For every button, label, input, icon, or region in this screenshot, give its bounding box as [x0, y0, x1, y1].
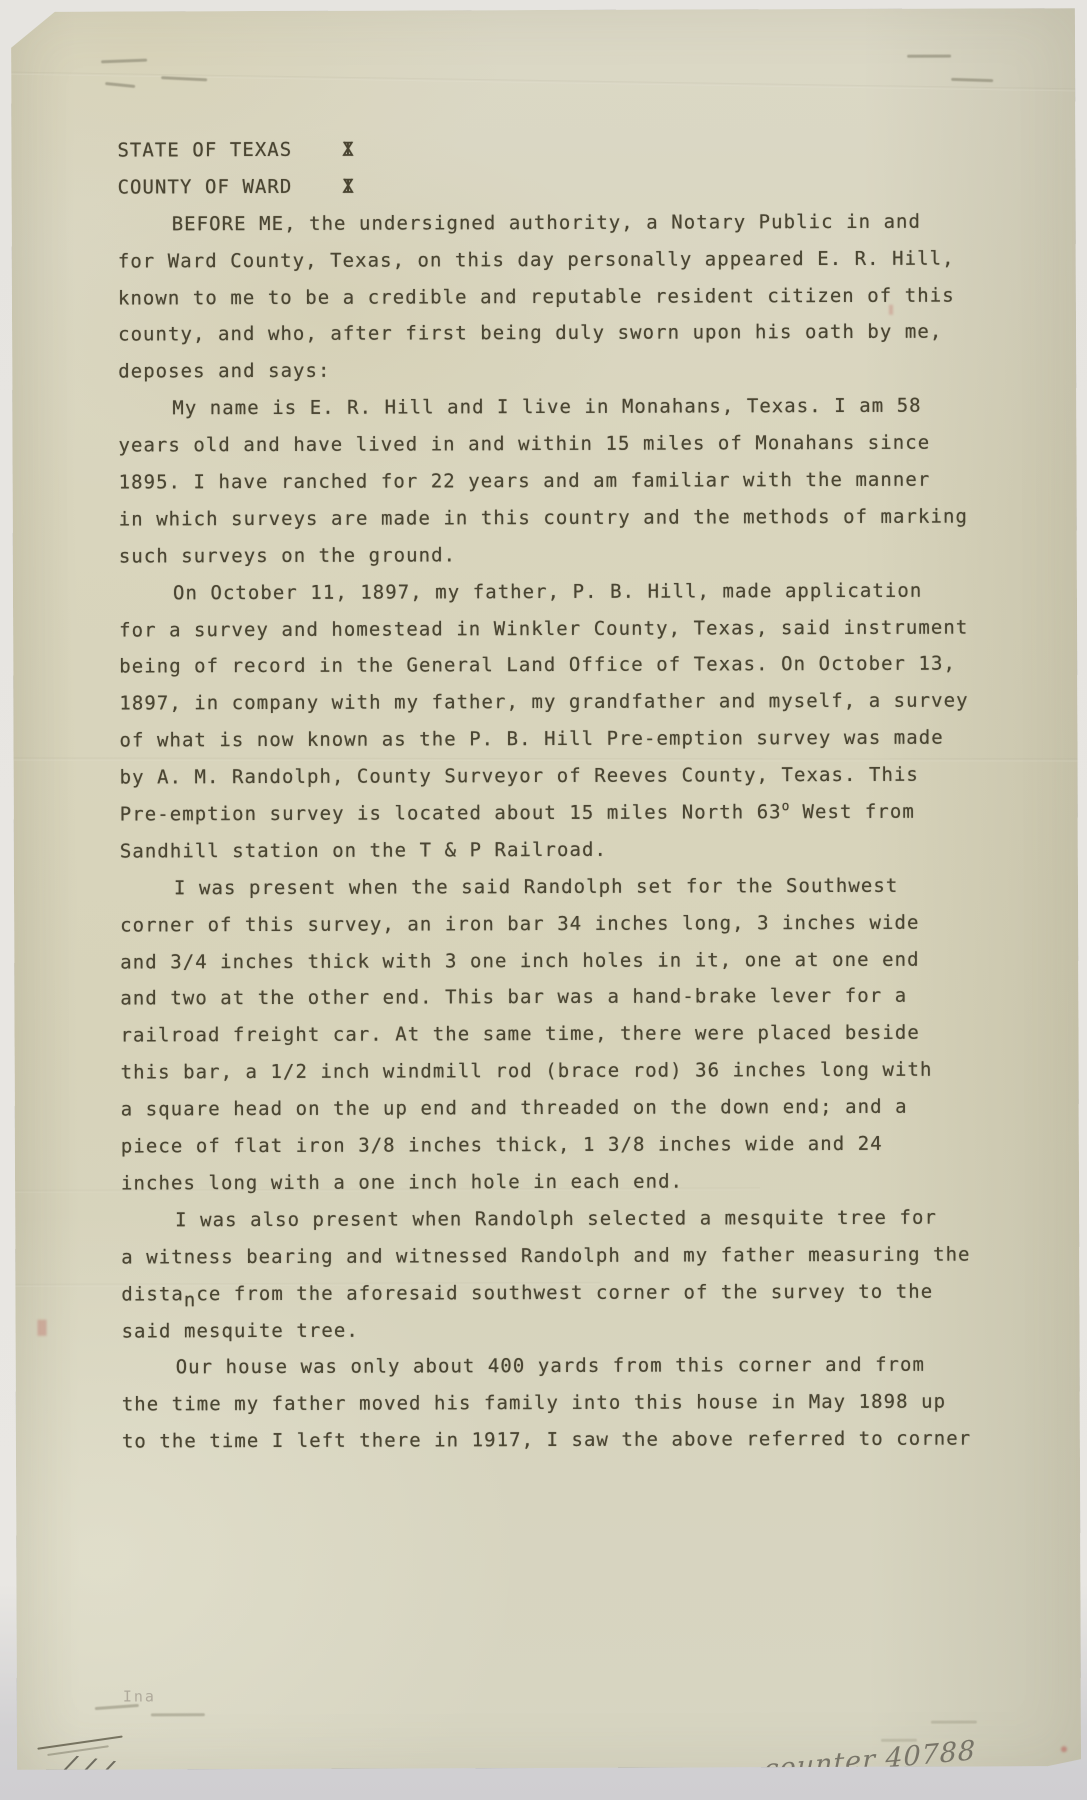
- text-run: corner of this survey, an iron bar 34 in…: [120, 911, 919, 936]
- text-run: known to me to be a credible and reputab…: [118, 284, 955, 309]
- document-line: corner of this survey, an iron bar 34 in…: [120, 904, 1020, 944]
- pencil-smudge: [931, 1721, 977, 1724]
- typewritten-text: STATE OF TEXASXICOUNTY OF WARDXIBEFORE M…: [117, 129, 1022, 1460]
- text-run: ce from the aforesaid southwest corner o…: [196, 1280, 933, 1305]
- text-run: On October 11, 1897, my father, P. B. Hi…: [173, 579, 922, 604]
- text-run: of what is now known as the P. B. Hill P…: [119, 727, 943, 752]
- typist-initials-stamp: Ina: [123, 1687, 156, 1705]
- text-run: STATE OF TEXAS: [117, 139, 292, 162]
- text-run: I was also present when Randolph selecte…: [175, 1206, 937, 1231]
- text-run: dista: [121, 1283, 184, 1305]
- brace-mark: XI: [342, 169, 355, 206]
- text-run: railroad freight car. At the same time, …: [120, 1022, 919, 1047]
- text-run: a witness bearing and witnessed Randolph…: [121, 1243, 970, 1268]
- red-ink-smudge: [889, 305, 893, 315]
- red-ink-smudge: [38, 1320, 47, 1336]
- text-run: the time my father moved his family into…: [122, 1391, 946, 1416]
- rust-speck: [1061, 1746, 1067, 1752]
- pencil-smudge: [161, 76, 207, 81]
- text-run: BEFORE ME, the undersigned authority, a …: [172, 210, 921, 235]
- brace-mark: XI: [342, 132, 355, 169]
- text-run: inches long with a one inch hole in each…: [121, 1170, 683, 1194]
- document-line: I was present when the said Randolph set…: [120, 867, 1020, 907]
- document-line: Pre-emption survey is located about 15 m…: [120, 793, 1020, 833]
- document-line: the time my father moved his family into…: [122, 1384, 1022, 1424]
- text-run: piece of flat iron 3/8 inches thick, 1 3…: [121, 1133, 883, 1158]
- document-line: Sandhill station on the T & P Railroad.: [120, 830, 1020, 870]
- document-line: and 3/4 inches thick with 3 one inch hol…: [120, 941, 1020, 981]
- pencil-line: [37, 1736, 122, 1750]
- text-run: for Ward County, Texas, on this day pers…: [118, 247, 955, 272]
- document-line: years old and have lived in and within 1…: [118, 424, 1018, 464]
- text-run: Sandhill station on the T & P Railroad.: [120, 839, 607, 863]
- document-line: such surveys on the ground.: [119, 535, 1019, 575]
- document-line: railroad freight car. At the same time, …: [120, 1015, 1020, 1055]
- document-line: in which surveys are made in this countr…: [119, 498, 1019, 538]
- pencil-smudge: [151, 1713, 205, 1716]
- document-line: BEFORE ME, the undersigned authority, a …: [118, 203, 1018, 243]
- document-line: county, and who, after first being duly …: [118, 314, 1018, 354]
- text-run: Pre-emption survey is located about 15 m…: [120, 801, 782, 825]
- paper-crease: [11, 72, 1075, 92]
- document-line: 1895. I have ranched for 22 years and am…: [119, 461, 1019, 501]
- pencil-smudge: [105, 82, 135, 88]
- text-run: 1897, in company with my father, my gran…: [119, 690, 968, 715]
- document-line: by A. M. Randolph, County Surveyor of Re…: [120, 756, 1020, 796]
- document-line: distance from the aforesaid southwest co…: [121, 1273, 1021, 1313]
- document-line: being of record in the General Land Offi…: [119, 646, 1019, 686]
- document-line: 1897, in company with my father, my gran…: [119, 683, 1019, 723]
- text-run: and 3/4 inches thick with 3 one inch hol…: [120, 948, 919, 973]
- document-line: piece of flat iron 3/8 inches thick, 1 3…: [121, 1125, 1021, 1165]
- text-run: this bar, a 1/2 inch windmill rod (brace…: [121, 1059, 933, 1084]
- text-run: and two at the other end. This bar was a…: [120, 985, 907, 1010]
- document-line: STATE OF TEXASXI: [117, 129, 1017, 169]
- document-line: On October 11, 1897, my father, P. B. Hi…: [119, 572, 1019, 612]
- text-run: county, and who, after first being duly …: [118, 321, 942, 346]
- text-run: in which surveys are made in this countr…: [119, 505, 968, 530]
- pencil-smudge: [951, 78, 993, 82]
- document-line: My name is E. R. Hill and I live in Mona…: [118, 388, 1018, 428]
- pencil-smudge: [907, 55, 951, 58]
- pencil-tally-mark: ///: [56, 1750, 123, 1786]
- document-line: inches long with a one inch hole in each…: [121, 1162, 1021, 1202]
- pencil-smudge: [95, 1704, 139, 1710]
- document-line: for a survey and homestead in Winkler Co…: [119, 609, 1019, 649]
- pencil-smudge: [881, 1739, 917, 1742]
- text-run: I was present when the said Randolph set…: [174, 875, 898, 900]
- text-run: a square head on the up end and threaded…: [121, 1096, 908, 1121]
- document-line: Our house was only about 400 yards from …: [122, 1347, 1022, 1387]
- document-line: to the time I left there in 1917, I saw …: [122, 1421, 1022, 1461]
- text-run: by A. M. Randolph, County Surveyor of Re…: [120, 764, 919, 789]
- text-run: My name is E. R. Hill and I live in Mona…: [172, 395, 921, 420]
- document-line: known to me to be a credible and reputab…: [118, 277, 1018, 317]
- text-run: deposes and says:: [118, 360, 330, 383]
- pencil-smudge: [101, 59, 147, 64]
- document-line: this bar, a 1/2 inch windmill rod (brace…: [121, 1052, 1021, 1092]
- text-run: West from: [790, 801, 915, 823]
- text-run: 1895. I have ranched for 22 years and am…: [119, 469, 931, 494]
- text-run: such surveys on the ground.: [119, 544, 456, 567]
- paper-sheet: STATE OF TEXASXICOUNTY OF WARDXIBEFORE M…: [11, 8, 1081, 1770]
- document-line: and two at the other end. This bar was a…: [120, 978, 1020, 1018]
- text-run: said mesquite tree.: [122, 1319, 359, 1342]
- document-line: said mesquite tree.: [121, 1310, 1021, 1350]
- text-run: n: [184, 1289, 197, 1311]
- document-line: for Ward County, Texas, on this day pers…: [118, 240, 1018, 280]
- text-run: o: [782, 799, 790, 814]
- document-line: deposes and says:: [118, 351, 1018, 391]
- text-run: being of record in the General Land Offi…: [119, 653, 956, 678]
- text-run: Our house was only about 400 yards from …: [176, 1354, 925, 1379]
- document-line: COUNTY OF WARDXI: [117, 166, 1017, 206]
- document-line: a square head on the up end and threaded…: [121, 1089, 1021, 1129]
- document-line: a witness bearing and witnessed Randolph…: [121, 1236, 1021, 1276]
- scanned-document-page: { "document": { "type": "typewritten aff…: [0, 0, 1087, 1800]
- text-run: years old and have lived in and within 1…: [118, 432, 930, 457]
- text-run: for a survey and homestead in Winkler Co…: [119, 616, 968, 641]
- text-run: to the time I left there in 1917, I saw …: [122, 1428, 971, 1453]
- handwritten-file-number: counter 40788: [763, 1735, 976, 1786]
- text-run: COUNTY OF WARD: [118, 176, 293, 199]
- document-line: of what is now known as the P. B. Hill P…: [119, 720, 1019, 760]
- document-line: I was also present when Randolph selecte…: [121, 1199, 1021, 1239]
